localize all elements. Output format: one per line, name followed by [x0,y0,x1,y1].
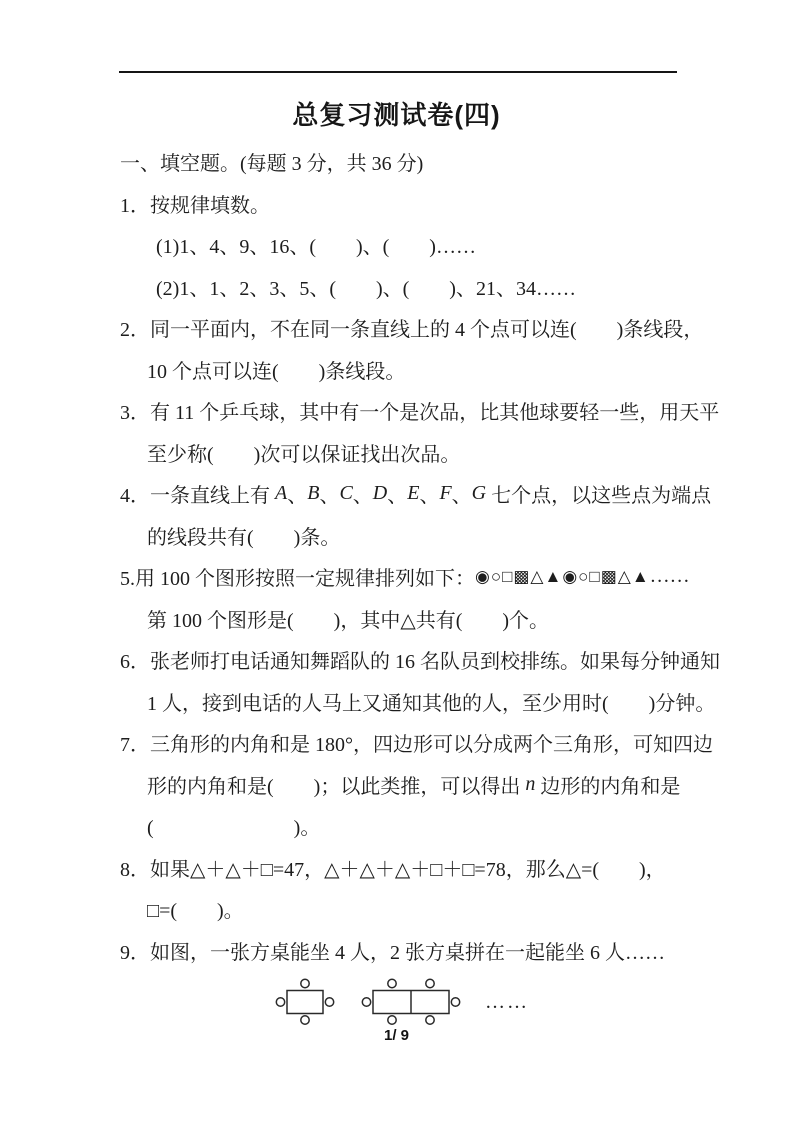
content-area: 一、填空题。(每题 3 分，共 36 分) 1．按规律填数。(1)1、4、9、1… [120,141,682,1031]
text-segment: 4．一条直线上有 [120,479,275,508]
text-segment: 、 [387,479,407,508]
text-segment: 、 [353,479,373,508]
text-segment: 、 [419,479,439,508]
text-segment: G [472,482,486,505]
question-line: 9．如图，一张方桌能坐 4 人，2 张方桌拼在一起能坐 6 人…… [120,930,682,972]
diagram-ellipsis: …… [485,991,529,1014]
text-segment: …… [650,565,690,588]
page-number: 1/ 9 [0,1027,793,1044]
question-line: 至少称( )次可以保证找出次品。 [120,432,682,474]
text-segment: B [307,482,319,505]
text-segment: ◉○□▩△▲◉○□▩△▲ [475,567,650,587]
question-line: (1)1、4、9、16、( )、( )…… [120,224,682,266]
text-segment: 5.用 100 个图形按照一定规律排列如下： [120,562,475,591]
question-line: 4．一条直线上有 A、B、C、D、E、F、G 七个点，以这些点为端点 [120,473,682,515]
text-segment: C [339,482,352,505]
text-segment: D [373,482,387,505]
question-line: 第 100 个图形是( )，其中△共有( )个。 [120,598,682,640]
questions-list: 1．按规律填数。(1)1、4、9、16、( )、( )……(2)1、1、2、3、… [120,183,682,972]
question-line: 7．三角形的内角和是 180°，四边形可以分成两个三角形，可知四边 [120,722,682,764]
question-line: (2)1、1、2、3、5、( )、( )、21、34…… [120,266,682,308]
section-heading: 一、填空题。(每题 3 分，共 36 分) [120,141,682,183]
question-line: 的线段共有( )条。 [120,515,682,557]
text-segment: 边形的内角和是 [535,770,680,799]
question-line: 6．张老师打电话通知舞蹈队的 16 名队员到校排练。如果每分钟通知 [120,639,682,681]
question-line: 10 个点可以连( )条线段。 [120,349,682,391]
text-segment: A [275,482,287,505]
question-line: 8．如果△＋△＋□=47，△＋△＋△＋□＋□=78，那么△=( )， [120,847,682,889]
single-table-icon [273,976,337,1028]
question-line: 2．同一平面内，不在同一条直线上的 4 个点可以连( )条线段， [120,307,682,349]
text-segment: n [525,773,535,796]
text-segment: 、 [452,479,472,508]
text-segment: 七个点，以这些点为端点 [486,479,711,508]
text-segment: 、 [319,479,339,508]
question-line: 5.用 100 个图形按照一定规律排列如下：◉○□▩△▲◉○□▩△▲…… [120,556,682,598]
question-line: 3．有 11 个乒乓球，其中有一个是次品，比其他球要轻一些，用天平 [120,390,682,432]
text-segment: E [407,482,419,505]
text-segment: 、 [287,479,307,508]
text-segment: 形的内角和是( )；以此类推，可以得出 [147,770,525,799]
question-line: 1．按规律填数。 [120,183,682,225]
page-title: 总复习测试卷(四) [0,95,793,132]
double-table-icon [359,976,463,1028]
question-line: □=( )。 [120,888,682,930]
table-seating-diagram: …… [120,973,682,1031]
header-rule [119,71,677,73]
question-line: 形的内角和是( )；以此类推，可以得出 n 边形的内角和是 [120,764,682,806]
question-line: ( )。 [120,805,682,847]
question-line: 1 人，接到电话的人马上又通知其他的人，至少用时( )分钟。 [120,681,682,723]
text-segment: F [439,482,451,505]
